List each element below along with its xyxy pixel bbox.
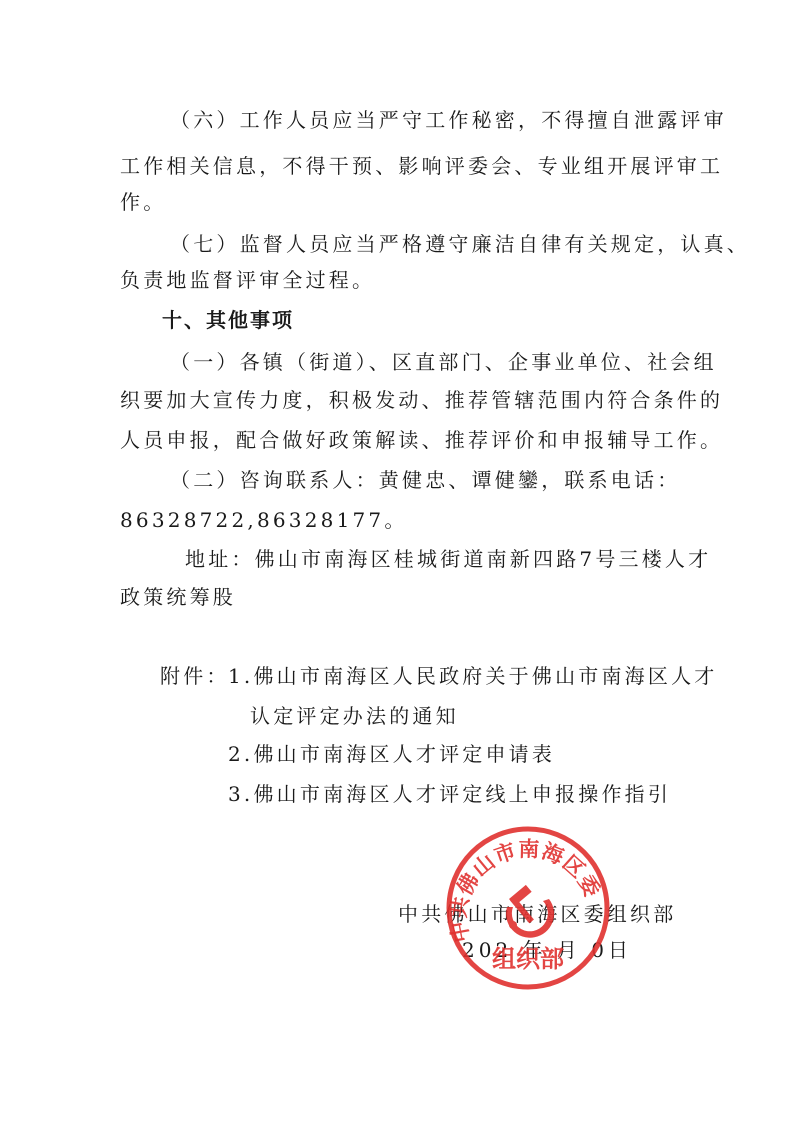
attachments-label: 附件： — [160, 664, 230, 688]
attachment-item-3: 3.佛山市南海区人才评定线上申报操作指引 — [228, 782, 671, 806]
signature-org: 中共佛山市南海区委组织部 — [398, 902, 676, 926]
section-10-para-1-line-2: 织要加大宣传力度，积极发动、推荐管辖范围内符合条件的 — [120, 388, 723, 412]
address-line-2: 政策统筹股 — [120, 585, 236, 609]
para-6-line-3: 作。 — [120, 190, 166, 214]
para-6-line-2: 工作相关信息，不得干预、影响评委会、专业组开展评审工 — [120, 154, 723, 178]
section-10-para-2-line-1: （二）咨询联系人：黄健忠、谭健鑾，联系电话： — [170, 468, 680, 492]
attachment-item-1-cont: 认定评定办法的通知 — [250, 704, 459, 728]
address-line-1: 地址：佛山市南海区桂城街道南新四路7号三楼人才 — [185, 547, 711, 571]
attachment-item-1: 1.佛山市南海区人民政府关于佛山市南海区人才 — [228, 664, 717, 688]
svg-text:中共佛山市南海区委: 中共佛山市南海区委 — [446, 837, 605, 944]
para-7-line-1: （七）监督人员应当严格遵守廉洁自律有关规定，认真、 — [170, 232, 750, 256]
section-10-para-1-line-1: （一）各镇（街道）、区直部门、企事业单位、社会组 — [170, 350, 717, 374]
signature-date: 202 年 月 0日 — [462, 938, 632, 962]
para-7-line-2: 负责地监督评审全过程。 — [120, 268, 375, 292]
attachment-item-2: 2.佛山市南海区人才评定申请表 — [228, 742, 555, 766]
stamp-ring-text: 中共佛山市南海区委 — [446, 837, 605, 944]
contact-phone-numbers: 86328722,86328177。 — [120, 508, 408, 532]
para-6-line-1: （六）工作人员应当严守工作秘密，不得擅自泄露评审 — [170, 108, 727, 132]
section-10-para-1-line-3: 人员申报，配合做好政策解读、推荐评价和申报辅导工作。 — [120, 428, 723, 452]
section-heading: 十、其他事项 — [162, 308, 294, 332]
